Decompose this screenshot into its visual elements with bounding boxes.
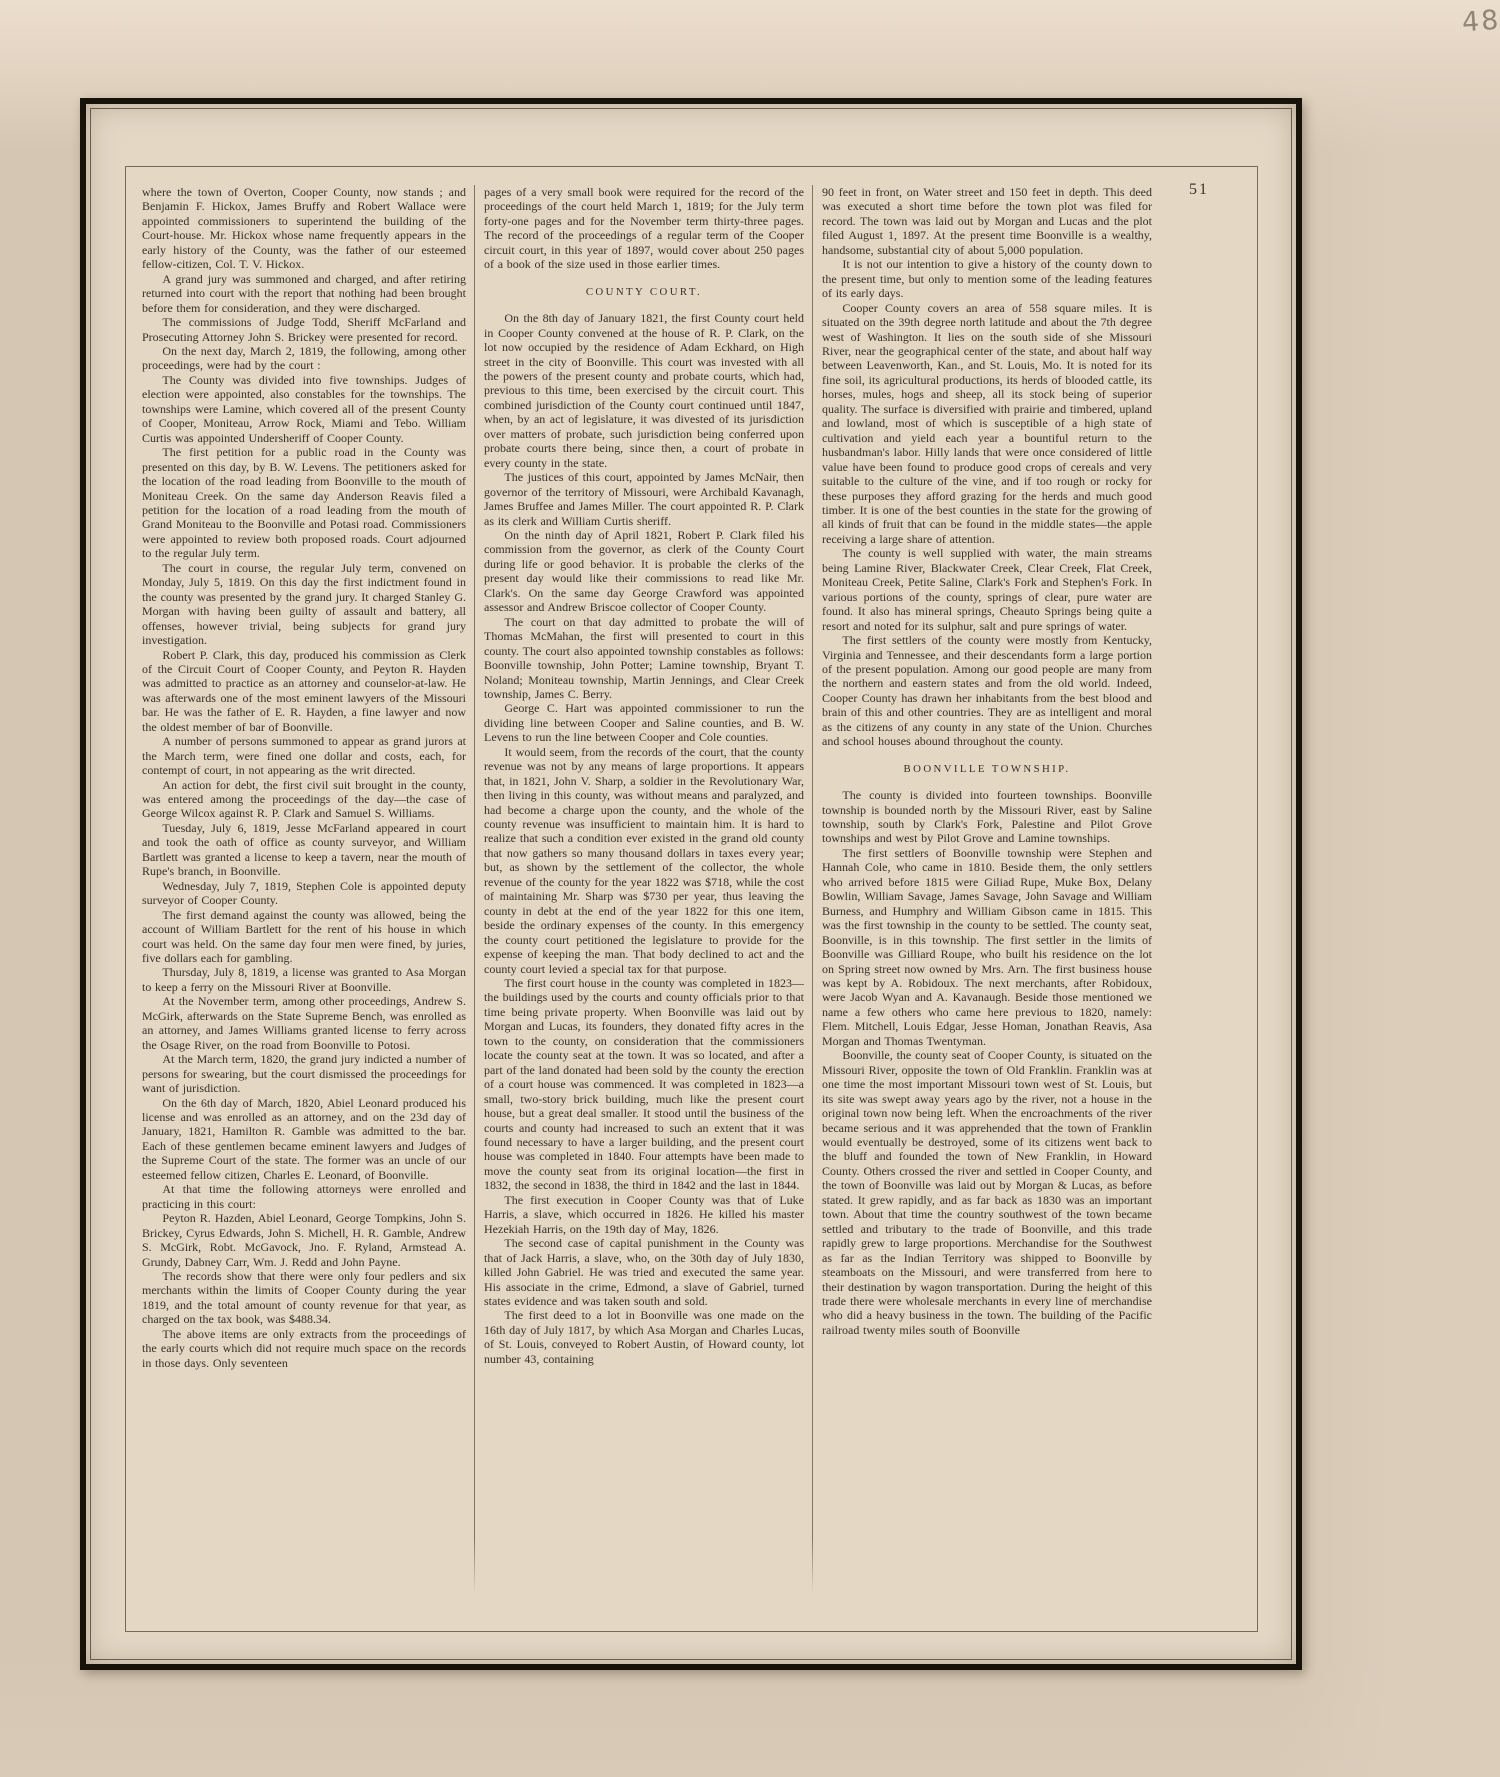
paragraph: The first settlers of the county were mo… — [822, 633, 1152, 749]
paragraph: The above items are only extracts from t… — [142, 1327, 466, 1370]
paragraph: Thursday, July 8, 1819, a license was gr… — [142, 965, 466, 994]
paragraph: The second case of capital punishment in… — [484, 1236, 804, 1308]
paragraph: On the next day, March 2, 1819, the foll… — [142, 344, 466, 373]
column-1: where the town of Overton, Cooper County… — [138, 185, 474, 1621]
paragraph: On the 6th day of March, 1820, Abiel Leo… — [142, 1096, 466, 1183]
paragraph: It is not our intention to give a histor… — [822, 257, 1152, 300]
paragraph: A number of persons summoned to appear a… — [142, 734, 466, 777]
paragraph: The first execution in Cooper County was… — [484, 1193, 804, 1236]
text-frame: 51 where the town of Overton, Cooper Cou… — [125, 166, 1258, 1632]
paragraph: It would seem, from the records of the c… — [484, 745, 804, 976]
paragraph: The first demand against the county was … — [142, 908, 466, 966]
paragraph: Tuesday, July 6, 1819, Jesse McFarland a… — [142, 821, 466, 879]
paragraph: Cooper County covers an area of 558 squa… — [822, 301, 1152, 547]
paragraph: 90 feet in front, on Water street and 15… — [822, 185, 1152, 257]
section-heading: BOONVILLE TOWNSHIP. — [822, 762, 1152, 776]
paragraph: The first petition for a public road in … — [142, 445, 466, 561]
paragraph: On the 8th day of January 1821, the firs… — [484, 311, 804, 470]
paragraph: where the town of Overton, Cooper County… — [142, 185, 466, 272]
paragraph: The records show that there were only fo… — [142, 1269, 466, 1327]
column-2: pages of a very small book were required… — [475, 185, 812, 1621]
paragraph: An action for debt, the first civil suit… — [142, 778, 466, 821]
paragraph: The county is well supplied with water, … — [822, 546, 1152, 633]
paragraph: At that time the following attorneys wer… — [142, 1182, 466, 1211]
paragraph: The first court house in the county was … — [484, 976, 804, 1193]
paragraph: The first settlers of Boonville township… — [822, 846, 1152, 1048]
paragraph: At the November term, among other procee… — [142, 994, 466, 1052]
paragraph: Wednesday, July 7, 1819, Stephen Cole is… — [142, 879, 466, 908]
paragraph: The first deed to a lot in Boonville was… — [484, 1308, 804, 1366]
book-page: 51 where the town of Overton, Cooper Cou… — [80, 98, 1302, 1670]
paragraph: The court on that day admitted to probat… — [484, 615, 804, 702]
paragraph: A grand jury was summoned and charged, a… — [142, 272, 466, 315]
paragraph: On the ninth day of April 1821, Robert P… — [484, 528, 804, 615]
paragraph: The county is divided into fourteen town… — [822, 788, 1152, 846]
paragraph: The County was divided into five townshi… — [142, 373, 466, 445]
section-heading: COUNTY COURT. — [484, 285, 804, 299]
paragraph: George C. Hart was appointed commissione… — [484, 701, 804, 744]
text-columns: where the town of Overton, Cooper County… — [138, 185, 1249, 1621]
handwritten-page-note: 48 — [1461, 5, 1500, 39]
paragraph: pages of a very small book were required… — [484, 185, 804, 272]
paragraph: The justices of this court, appointed by… — [484, 470, 804, 528]
paragraph: Peyton R. Hazden, Abiel Leonard, George … — [142, 1211, 466, 1269]
scan-background: 48 51 where the town of Overton, Cooper … — [0, 0, 1500, 1777]
paragraph: Robert P. Clark, this day, produced his … — [142, 648, 466, 735]
paragraph: At the March term, 1820, the grand jury … — [142, 1052, 466, 1095]
paragraph: The commissions of Judge Todd, Sheriff M… — [142, 315, 466, 344]
paragraph: The court in course, the regular July te… — [142, 561, 466, 648]
column-3: 90 feet in front, on Water street and 15… — [813, 185, 1158, 1621]
paragraph: Boonville, the county seat of Cooper Cou… — [822, 1048, 1152, 1337]
